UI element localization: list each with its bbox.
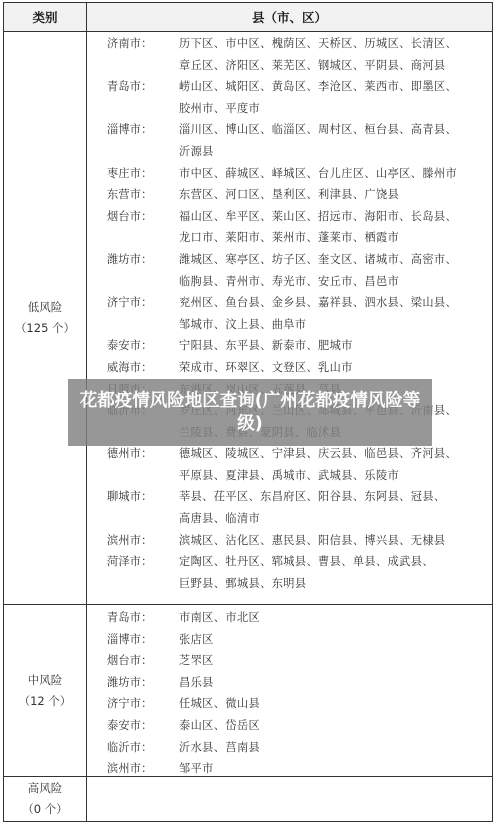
- district-list: 沂水县、莒南县: [179, 737, 492, 759]
- district-line: 德城区、陵城区、宁津县、庆云县、临邑县、齐河县、: [179, 443, 478, 465]
- section-low-risk: 低风险 （125 个） 济南市：历下区、市中区、槐荫区、天桥区、历城区、长清区、…: [4, 31, 492, 605]
- category-cell: 高风险 （0 个）: [4, 777, 87, 821]
- city-row: 青岛市：崂山区、城阳区、黄岛区、李沧区、莱西市、即墨区、胶州市、平度市: [87, 76, 492, 119]
- city-name: 枣庄市：: [87, 163, 179, 185]
- district-line: 沂源县: [179, 141, 478, 163]
- district-line: 胶州市、平度市: [179, 98, 478, 120]
- city-name: 济南市：: [87, 33, 179, 76]
- district-list: 张店区: [179, 629, 492, 651]
- city-row: 泰安市：宁阳县、东平县、新泰市、肥城市: [87, 335, 492, 357]
- city-row: 济宁市：任城区、微山县: [87, 693, 492, 715]
- city-row: 烟台市：芝罘区: [87, 650, 492, 672]
- city-name: 滨州市：: [87, 530, 179, 552]
- category-cell: 低风险 （125 个）: [4, 31, 87, 604]
- city-row: 济南市：历下区、市中区、槐荫区、天桥区、历城区、长清区、章丘区、济阳区、莱芜区、…: [87, 33, 492, 76]
- city-name: 淄博市：: [87, 629, 179, 651]
- city-name: 潍坊市：: [87, 672, 179, 694]
- city-row: 青岛市：市南区、市北区: [87, 607, 492, 629]
- section-high-risk: 高风险 （0 个）: [4, 777, 492, 821]
- city-name: 威海市：: [87, 357, 179, 379]
- category-label: 高风险: [28, 778, 63, 799]
- district-line: 邹城市、汶上县、曲阜市: [179, 314, 478, 336]
- district-list: 历下区、市中区、槐荫区、天桥区、历城区、长清区、章丘区、济阳区、莱芜区、钢城区、…: [179, 33, 492, 76]
- city-row: 菏泽市：定陶区、牡丹区、郓城县、曹县、单县、成武县、巨野县、鄄城县、东明县: [87, 551, 492, 594]
- district-list: 昌乐县: [179, 672, 492, 694]
- district-list: 任城区、微山县: [179, 693, 492, 715]
- district-list: 宁阳县、东平县、新泰市、肥城市: [179, 335, 492, 357]
- category-label: 中风险: [28, 670, 63, 691]
- district-list: 滨城区、沾化区、惠民县、阳信县、博兴县、无棣县: [179, 530, 492, 552]
- district-line: 崂山区、城阳区、黄岛区、李沧区、莱西市、即墨区、: [179, 76, 478, 98]
- district-line: 宁阳县、东平县、新泰市、肥城市: [179, 335, 478, 357]
- city-row: 烟台市：福山区、牟平区、莱山区、招远市、海阳市、长岛县、龙口市、莱阳市、莱州市、…: [87, 206, 492, 249]
- city-row: 威海市：荣成市、环翠区、文登区、乳山市: [87, 357, 492, 379]
- district-list: 兖州区、鱼台县、金乡县、嘉祥县、泗水县、梁山县、邹城市、汶上县、曲阜市: [179, 292, 492, 335]
- city-row: 潍坊市：潍城区、寒亭区、坊子区、奎文区、诸城市、高密市、临朐县、青州市、寿光市、…: [87, 249, 492, 292]
- city-row: 德州市：德城区、陵城区、宁津县、庆云县、临邑县、齐河县、平原县、夏津县、禹城市、…: [87, 443, 492, 486]
- area-list: 济南市：历下区、市中区、槐荫区、天桥区、历城区、长清区、章丘区、济阳区、莱芜区、…: [87, 31, 492, 594]
- city-name: 东营市：: [87, 184, 179, 206]
- city-name: 烟台市：: [87, 650, 179, 672]
- district-list: 东营区、河口区、垦利区、利津县、广饶县: [179, 184, 492, 206]
- city-row: 济宁市：兖州区、鱼台县、金乡县、嘉祥县、泗水县、梁山县、邹城市、汶上县、曲阜市: [87, 292, 492, 335]
- district-list: 市南区、市北区: [179, 607, 492, 629]
- district-list: 市中区、薛城区、峄城区、台儿庄区、山亭区、滕州市: [179, 163, 492, 185]
- category-cell: 中风险 （12 个）: [4, 605, 87, 776]
- city-name: 淄博市：: [87, 119, 179, 162]
- header-category: 类别: [4, 3, 87, 31]
- district-line: 定陶区、牡丹区、郓城县、曹县、单县、成武县、: [179, 551, 478, 573]
- district-list: 芝罘区: [179, 650, 492, 672]
- district-line: 莘县、茌平区、东昌府区、阳谷县、东阿县、冠县、: [179, 486, 478, 508]
- district-line: 潍城区、寒亭区、坊子区、奎文区、诸城市、高密市、: [179, 249, 478, 271]
- city-row: 潍坊市：昌乐县: [87, 672, 492, 694]
- city-row: 滨州市：滨城区、沾化区、惠民县、阳信县、博兴县、无棣县: [87, 530, 492, 552]
- area-list: 青岛市：市南区、市北区淄博市：张店区烟台市：芝罘区潍坊市：昌乐县济宁市：任城区、…: [87, 605, 492, 780]
- city-row: 淄博市：淄川区、博山区、临淄区、周村区、桓台县、高青县、沂源县: [87, 119, 492, 162]
- district-list: 福山区、牟平区、莱山区、招远市、海阳市、长岛县、龙口市、莱阳市、莱州市、蓬莱市、…: [179, 206, 492, 249]
- city-name: 菏泽市：: [87, 551, 179, 594]
- district-line: 兖州区、鱼台县、金乡县、嘉祥县、泗水县、梁山县、: [179, 292, 478, 314]
- district-line: 福山区、牟平区、莱山区、招远市、海阳市、长岛县、: [179, 206, 478, 228]
- table-header: 类别 县（市、区）: [4, 3, 492, 32]
- city-name: 烟台市：: [87, 206, 179, 249]
- city-row: 聊城市：莘县、茌平区、东昌府区、阳谷县、东阿县、冠县、高唐县、临清市: [87, 486, 492, 529]
- district-line: 芝罘区: [179, 650, 478, 672]
- city-name: 青岛市：: [87, 76, 179, 119]
- area-list: [87, 777, 492, 779]
- district-line: 平原县、夏津县、禹城市、武城县、乐陵市: [179, 465, 478, 487]
- district-line: 淄川区、博山区、临淄区、周村区、桓台县、高青县、: [179, 119, 478, 141]
- district-list: 潍城区、寒亭区、坊子区、奎文区、诸城市、高密市、临朐县、青州市、寿光市、安丘市、…: [179, 249, 492, 292]
- city-name: 济宁市：: [87, 292, 179, 335]
- district-line: 昌乐县: [179, 672, 478, 694]
- district-line: 滨城区、沾化区、惠民县、阳信县、博兴县、无棣县: [179, 530, 478, 552]
- district-line: 高唐县、临清市: [179, 508, 478, 530]
- district-line: 任城区、微山县: [179, 693, 478, 715]
- district-line: 章丘区、济阳区、莱芜区、钢城区、平阴县、商河县: [179, 55, 478, 77]
- category-count: （0 个）: [22, 799, 67, 820]
- district-line: 张店区: [179, 629, 478, 651]
- district-list: 荣成市、环翠区、文登区、乳山市: [179, 357, 492, 379]
- city-name: 潍坊市：: [87, 249, 179, 292]
- district-list: 德城区、陵城区、宁津县、庆云县、临邑县、齐河县、平原县、夏津县、禹城市、武城县、…: [179, 443, 492, 486]
- city-name: 临沂市：: [87, 737, 179, 759]
- section-medium-risk: 中风险 （12 个） 青岛市：市南区、市北区淄博市：张店区烟台市：芝罘区潍坊市：…: [4, 605, 492, 777]
- district-line: 荣成市、环翠区、文登区、乳山市: [179, 357, 478, 379]
- city-name: 聊城市：: [87, 486, 179, 529]
- category-count: （12 个）: [19, 691, 72, 712]
- category-label: 低风险: [28, 297, 63, 318]
- city-name: 泰安市：: [87, 715, 179, 737]
- district-list: 淄川区、博山区、临淄区、周村区、桓台县、高青县、沂源县: [179, 119, 492, 162]
- district-line: 历下区、市中区、槐荫区、天桥区、历城区、长清区、: [179, 33, 478, 55]
- district-list: 莘县、茌平区、东昌府区、阳谷县、东阿县、冠县、高唐县、临清市: [179, 486, 492, 529]
- district-line: 沂水县、莒南县: [179, 737, 478, 759]
- district-list: 崂山区、城阳区、黄岛区、李沧区、莱西市、即墨区、胶州市、平度市: [179, 76, 492, 119]
- district-line: 市南区、市北区: [179, 607, 478, 629]
- city-row: 淄博市：张店区: [87, 629, 492, 651]
- overlay-title: 花都疫情风险地区查询(广州花都疫情风险等级): [68, 390, 432, 436]
- title-overlay-banner: 花都疫情风险地区查询(广州花都疫情风险等级): [68, 379, 432, 446]
- city-name: 德州市：: [87, 443, 179, 486]
- city-row: 泰安市：泰山区、岱岳区: [87, 715, 492, 737]
- city-row: 枣庄市：市中区、薛城区、峄城区、台儿庄区、山亭区、滕州市: [87, 163, 492, 185]
- district-line: 泰山区、岱岳区: [179, 715, 478, 737]
- city-row: 东营市：东营区、河口区、垦利区、利津县、广饶县: [87, 184, 492, 206]
- city-name: 济宁市：: [87, 693, 179, 715]
- district-line: 巨野县、鄄城县、东明县: [179, 573, 478, 595]
- district-line: 市中区、薛城区、峄城区、台儿庄区、山亭区、滕州市: [179, 163, 478, 185]
- city-name: 青岛市：: [87, 607, 179, 629]
- district-line: 龙口市、莱阳市、莱州市、蓬莱市、栖霞市: [179, 227, 478, 249]
- category-count: （125 个）: [15, 318, 75, 339]
- district-line: 临朐县、青州市、寿光市、安丘市、昌邑市: [179, 271, 478, 293]
- district-list: 泰山区、岱岳区: [179, 715, 492, 737]
- district-list: 定陶区、牡丹区、郓城县、曹县、单县、成武县、巨野县、鄄城县、东明县: [179, 551, 492, 594]
- city-row: 临沂市：沂水县、莒南县: [87, 737, 492, 759]
- district-line: 东营区、河口区、垦利区、利津县、广饶县: [179, 184, 478, 206]
- header-area: 县（市、区）: [87, 3, 492, 31]
- city-name: 泰安市：: [87, 335, 179, 357]
